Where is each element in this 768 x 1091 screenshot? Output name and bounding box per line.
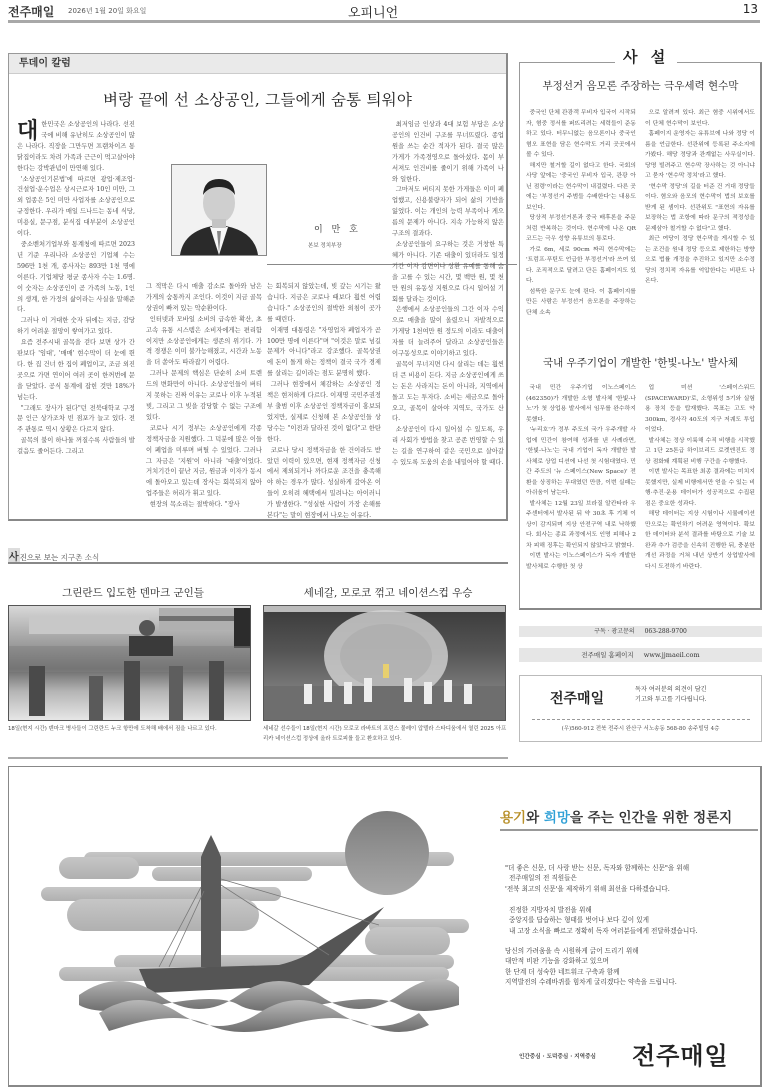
homepage-link[interactable]: www.jjmaeil.com — [644, 651, 700, 659]
masthead-brand: 전주매일 — [8, 3, 54, 20]
editorial-headline-1: 부정선거 음모론 주장하는 극우세력 현수막 — [519, 78, 762, 93]
paragraph: 소상공인들이 요구하는 것은 거창한 특혜가 아니다. 기존 대출이 있더라도 … — [392, 240, 504, 305]
paragraph: 중국인 단체 관광객 무비자 입국이 시작되자, 혐중 정서를 퍼뜨리려는 세력… — [526, 108, 636, 161]
paragraph: 은행에서 소상공인들의 그간 이자 수익으로 매출을 많이 올렸으니 자발적으로… — [392, 305, 504, 360]
author-portrait-icon — [172, 165, 266, 255]
homepage-bar: 전주매일 홈페이지 www.jjmaeil.com — [519, 648, 762, 662]
paragraph: 소상공인이 다시 일어설 수 있도록, 우리 사회가 방법을 찾고 공존 번영할… — [392, 425, 504, 469]
bottom-rule — [8, 757, 508, 759]
ad-line: '전북 최고의 신문'을 제작하기 위해 최선을 다하겠습니다. — [505, 884, 689, 894]
paragraph: 해지만 철거할 길이 없다고 한다. 국회의사당 앞에는 '중국인 무비자 입국… — [526, 161, 636, 214]
ad-paragraph-3: 당신의 가려움을 속 시원하게 긁어 드리기 위해 대안적 비판 기능을 강화하… — [505, 946, 677, 987]
section-rule — [8, 562, 508, 564]
ad-slogan-rule — [500, 829, 758, 831]
paragraph: 국내 민간 우주기업 이노스페이스(462350)가 개발한 소형 발사체 '한… — [526, 383, 636, 425]
paragraph: "그래도 장사가 된다"던 전북대학교 구정문 인근 상가조차 빈 점포가 늘고… — [17, 404, 135, 437]
ad-line: 진정한 지방자치 발전을 위해 — [509, 905, 698, 915]
contrib-message: 독자 여러분의 의견이 담긴 기고와 투고를 기다립니다. — [635, 685, 707, 705]
subscribe-phone[interactable]: 063-288-9700 — [645, 628, 687, 635]
paragraph: '현수막 정당'의 길을 터준 건 거대 정당들이다. 혐오와 음모의 현수막이… — [645, 182, 755, 235]
world-label-initial: 사 — [8, 548, 20, 563]
contrib-message-line: 독자 여러분의 의견이 담긴 — [635, 685, 707, 695]
column-label: 투데이 칼럼 — [9, 54, 506, 74]
author-photo — [171, 164, 267, 256]
photo-title-2: 세네갈, 모로코 꺾고 네이션스컵 우승 — [263, 585, 513, 600]
author-name: 이 만 호 — [314, 222, 361, 235]
contrib-logo: 전주매일 — [550, 688, 604, 708]
paragraph: 그러나 이 거대한 숫자 뒤에는 지금, 감당하기 어려운 절망이 쌓여가고 있… — [17, 316, 135, 338]
paragraph: 는 회복되지 않았는데, 빚 갚는 시기는 왔습니다. 지금은 코로나 때보다 … — [267, 282, 381, 326]
editorial-1-col1: 중국인 단체 관광객 무비자 입국이 시작되자, 혐중 정서를 퍼뜨리려는 세력… — [526, 108, 636, 318]
ad-line: "더 좋은 신문, 더 사랑 받는 신문, 독자와 함께하는 신문"을 위해 — [505, 863, 689, 873]
editorial-section-title: 사 설 — [615, 46, 677, 67]
ad-line: 지역발전의 수레바퀴를 힘차게 굴리겠다는 약속을 드립니다. — [505, 977, 677, 987]
column-text-col3: 는 회복되지 않았는데, 빚 갚는 시기는 왔습니다. 지금은 코로나 때보다 … — [267, 282, 381, 522]
paragraph: 가로 6m, 세로 90cm 짜리 현수막에는 '트럼프·푸틴도 언급한 부정선… — [526, 245, 636, 287]
ad-tagline: 인간중심 · 도덕중심 · 지역중심 — [519, 1052, 596, 1060]
paragraph: 섬뜩한 문구도 눈에 띈다. 이 홈페이지를 만든 사람은 부정선거 음모론을 … — [526, 287, 636, 319]
paragraph: 최저임금 인상과 4대 보험 부담은 소상공인의 인건비 구조를 무너뜨렸다. … — [392, 120, 504, 185]
ad-paragraph-2: 진정한 지방자치 발전을 위해 중앙지를 답습하는 형태를 벗어나 보다 깊이 … — [509, 905, 698, 936]
ad-line: 전주매일의 전 직원들은 — [505, 873, 689, 883]
dropcap: 대 — [17, 121, 38, 141]
ship-illustration-icon — [29, 807, 479, 1047]
contribution-box: 전주매일 독자 여러분의 의견이 담긴 기고와 투고를 기다립니다. (우)56… — [519, 675, 762, 742]
masthead: 전주매일 2026년 1월 20일 화요일 오피니언 13 — [8, 2, 760, 22]
paragraph: 골목이 무너지면 다시 살리는 데는 훨씬 더 큰 비용이 든다. 지금 소상공… — [392, 360, 504, 425]
paragraph: '소상공인기본법'에 따르면 광업·제조업·건설업·운수업은 상시근로자 10인… — [17, 175, 135, 240]
paragraph: 으로 알려져 있다. 최근 혐중 시위에서도 이 단체 현수막이 보인다. — [645, 108, 755, 129]
contrib-message-line: 기고와 투고를 기다립니다. — [635, 695, 707, 705]
photo-title-1: 그린란드 입도한 덴마크 군인들 — [8, 585, 258, 600]
section-title: 오피니언 — [348, 2, 398, 21]
editorial-1-col2: 으로 알려져 있다. 최근 혐중 시위에서도 이 단체 현수막이 보인다. 홈페… — [645, 108, 755, 287]
header-rule — [8, 20, 760, 23]
column-text-col2: 그 적막은 다시 매출 감소로 돌아와 남은 가게의 숨통까지 조인다. 이것이… — [146, 282, 262, 511]
today-column: 투데이 칼럼 벼랑 끝에 선 소상공인, 그들에게 숨통 틔워야 대 한민국은 … — [8, 53, 508, 521]
slogan-courage: 용기 — [500, 810, 526, 826]
paragraph: 그러나 문제의 핵심은 단순히 소비 트렌드의 변화만이 아니다. 소상공인들이… — [146, 369, 262, 424]
world-label-rest: 지구촌 소식 — [58, 553, 99, 562]
paragraph: 현장의 목소리는 절박하다. "장사 — [146, 500, 262, 511]
page-number: 13 — [743, 2, 758, 16]
paragraph: '누리호'가 정부 주도의 국가 우주개발 사업에 민간이 참여해 성과를 낸 … — [526, 425, 636, 499]
homepage-label: 전주매일 홈페이지 — [581, 651, 633, 659]
paragraph: 코로나 시기 정부는 소상공인에게 각종 정책자금을 지원했다. 그 덕분에 많… — [146, 424, 262, 500]
slogan-text: 와 — [526, 810, 544, 826]
editorial-headline-2: 국내 우주기업이 개발한 '한빛-나노' 발사체 — [519, 355, 762, 370]
issue-date: 2026년 1월 20일 화요일 — [68, 6, 146, 16]
paragraph: 발사체는 정상 이륙해 수직 비행을 시작했고 1단 25톤급 하이브리드 로켓… — [645, 436, 755, 468]
column-headline: 벼랑 끝에 선 소상공인, 그들에게 숨통 틔워야 — [9, 88, 506, 110]
ad-slogan: 용기와 희망을 주는 인간을 위한 정론지 — [500, 806, 732, 826]
ad-paragraph-1: "더 좋은 신문, 더 사랑 받는 신문, 독자와 함께하는 신문"을 위해 전… — [505, 863, 689, 894]
subscribe-bar: 구독 · 광고문의 063-288-9700 — [519, 626, 762, 637]
paragraph: 인터넷과 모바일 소비의 급속한 확산, 초고속 유통 시스템은 소비자에게는 … — [146, 315, 262, 370]
author-role: 본보 정치부장 — [308, 241, 342, 249]
world-photos-label: 사진으로 보는 지구촌 소식 — [8, 548, 99, 563]
ad-logo: 전주매일 — [632, 1036, 729, 1071]
paragraph: 발사체는 12월 23일 브라질 알칸타라 우주센터에서 발사된 뒤 약 30초… — [526, 499, 636, 552]
dashed-divider — [532, 719, 750, 720]
paragraph: 중소벤처기업부와 통계청에 따르면 2023년 기준 우리나라 소상공인 기업체… — [17, 240, 135, 316]
paragraph: 이재명 대통령은 "자영업자 폐업자가 곧 100만 명에 이른다"며 "이것은… — [267, 326, 381, 381]
paragraph: 요즘 전주시내 골목을 걷다 보면 상가 간판보다 '임대', '매매' 현수막… — [17, 338, 135, 403]
world-label-small: 진으로 보는 — [20, 553, 59, 562]
editorial-2-col1: 국내 민간 우주기업 이노스페이스(462350)가 개발한 소형 발사체 '한… — [526, 383, 636, 572]
slogan-hope: 희망 — [544, 810, 570, 826]
slogan-text: 을 주는 인간을 위한 정론지 — [570, 810, 732, 826]
ad-line: 중앙지를 답습하는 형태를 벗어나 보다 깊이 있게 — [509, 915, 698, 925]
paragraph: 이번 발사는 이노스페이스가 독자 개발한 발사체로 수행한 첫 상 — [526, 551, 636, 572]
ad-line: 내 고장 소식을 빠르고 정확히 독자 여러분들에게 전달하겠습니다. — [509, 926, 698, 936]
senegal-trophy-photo — [263, 605, 506, 721]
column-text-col4: 최저임금 인상과 4대 보험 부담은 소상공인의 인건비 구조를 무너뜨렸다. … — [392, 120, 504, 469]
paragraph: 골목의 불이 하나둘 꺼질수록 사람들의 발걸음도 줄어든다. 그리고 — [17, 436, 135, 458]
paragraph: 당상적 부정선거론과 중국 배후론을 주문처럼 반복하는 것이다. 현수막에 나… — [526, 213, 636, 245]
address: (우)560-912 전북 전주시 완산구 서노송동 568-80 송주빌딩 4… — [520, 724, 761, 732]
photo-caption-2: 세네갈 선수들이 18일(현지 시간) 모로코 라바트의 프린스 물레이 압델라… — [263, 725, 508, 744]
ad-line: 대안적 비판 기능을 강화하고 있으며 — [505, 956, 677, 966]
photo-celebration-icon — [264, 606, 506, 721]
paragraph: 그마저도 버티지 못한 가게들은 이미 폐업했고, 신용불량자가 되어 삶의 기… — [392, 185, 504, 240]
photo-soldiers-icon — [9, 606, 251, 721]
column-text-col1: 대 한민국은 소상공인의 나라다. 선진국에 비해 유난히도 소상공인이 많은 … — [17, 120, 135, 458]
photo-caption-1: 18일(현지 시간) 덴마크 병사들이 그린란드 누크 항만에 도착해 배에서 … — [8, 725, 253, 735]
paragraph: 그 적막은 다시 매출 감소로 돌아와 남은 가게의 숨통까지 조인다. 이것이… — [146, 282, 262, 315]
paragraph: 코로나 당시 정책자금을 한 건이라도 받았던 이력이 있으면, 현재 정책자금… — [267, 446, 381, 522]
ad-line: 한 단계 더 성숙한 네트워크 구축과 함께 — [505, 967, 677, 977]
paragraph: 그러나 현장에서 체감하는 소상공인 정책은 현저하게 다르다. 이재명 국민주… — [267, 380, 381, 445]
paragraph: 홈페이지 운영자는 유튜브에 나와 정당 이름을 언급한다. 선관위에 등록된 … — [645, 129, 755, 182]
paragraph: 업 미션 '스페이스워드(SPACEWARD)'로, 소형위성 5기와 실험용 … — [645, 383, 755, 436]
ad-line: 당신의 가려움을 속 시원하게 긁어 드리기 위해 — [505, 946, 677, 956]
soldiers-greenland-photo — [8, 605, 251, 721]
paragraph: 해당 데이터는 지상 시험이나 시뮬레이션만으로는 확인하기 어려운 영역이다.… — [645, 509, 755, 572]
paragraph: 최근 여당이 정당 현수막을 게시할 수 있는 조건을 원내 정당 등으로 제한… — [645, 234, 755, 287]
paragraph: 이번 발사는 목표한 최종 결과에는 미치지 못했지만, 실제 비행에서만 얻을… — [645, 467, 755, 509]
subscribe-label: 구독 · 광고문의 — [594, 628, 635, 635]
editorial-2-col2: 업 미션 '스페이스워드(SPACEWARD)'로, 소형위성 5기와 실험용 … — [645, 383, 755, 572]
